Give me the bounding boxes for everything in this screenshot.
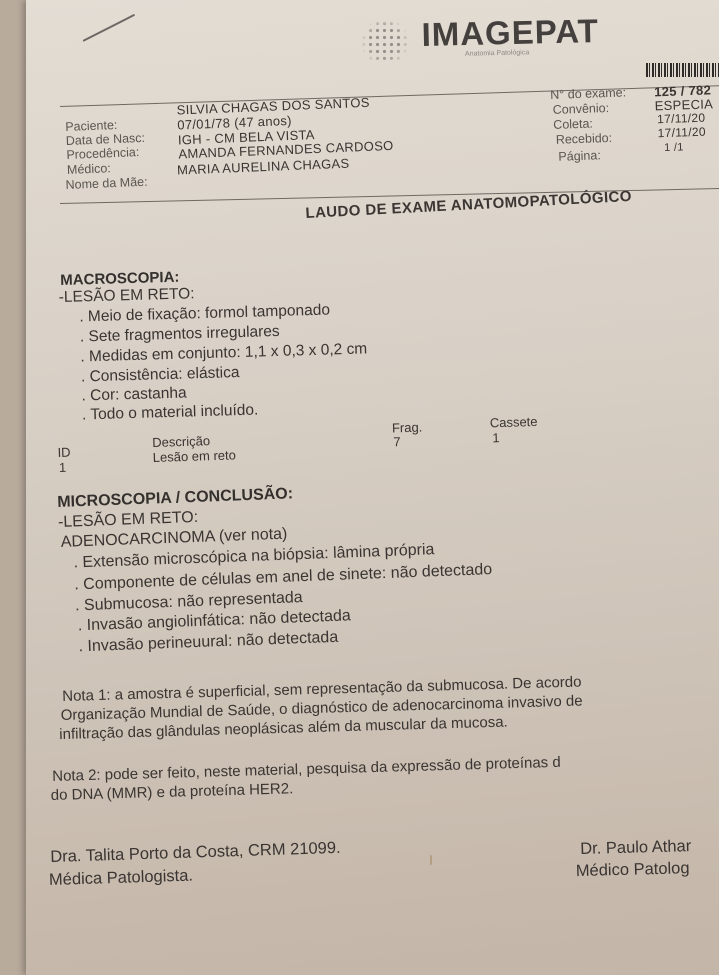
table-cell-id: 1 — [59, 460, 67, 475]
table-cell-cassette: 1 — [492, 430, 500, 445]
received-date: 17/11/20 — [657, 125, 706, 141]
collection-label: Coleta: — [553, 117, 593, 132]
exam-number-label: N° do exame: — [550, 85, 626, 102]
col-header-frag: Frag. — [392, 420, 423, 436]
page-label: Página: — [558, 148, 601, 163]
second-pathologist-title: Médico Patolog — [576, 859, 690, 881]
macroscopy-item: . Cor: castanha — [81, 385, 187, 406]
macroscopy-site: -LESÃO EM RETO: — [59, 285, 195, 307]
lab-logo-text: IMAGEPAT — [421, 12, 599, 54]
imagepat-logo-icon — [360, 20, 410, 64]
col-header-id: ID — [57, 445, 70, 460]
second-pathologist-name: Dr. Paulo Athar — [580, 837, 691, 859]
origin-label: Procedência: — [66, 145, 139, 162]
barcode — [646, 63, 719, 77]
doctor-label: Médico: — [67, 161, 111, 177]
page-number: 1 /1 — [664, 141, 684, 154]
lab-logo-subtitle: Anatomia Patológica — [465, 49, 529, 57]
received-label: Recebido: — [556, 131, 613, 147]
col-header-cassette: Cassete — [490, 414, 538, 430]
paper-stain — [430, 855, 432, 865]
table-cell-description: Lesão em reto — [153, 447, 237, 465]
table-cell-frag: 7 — [393, 434, 401, 449]
insurance-label: Convênio: — [553, 101, 610, 117]
